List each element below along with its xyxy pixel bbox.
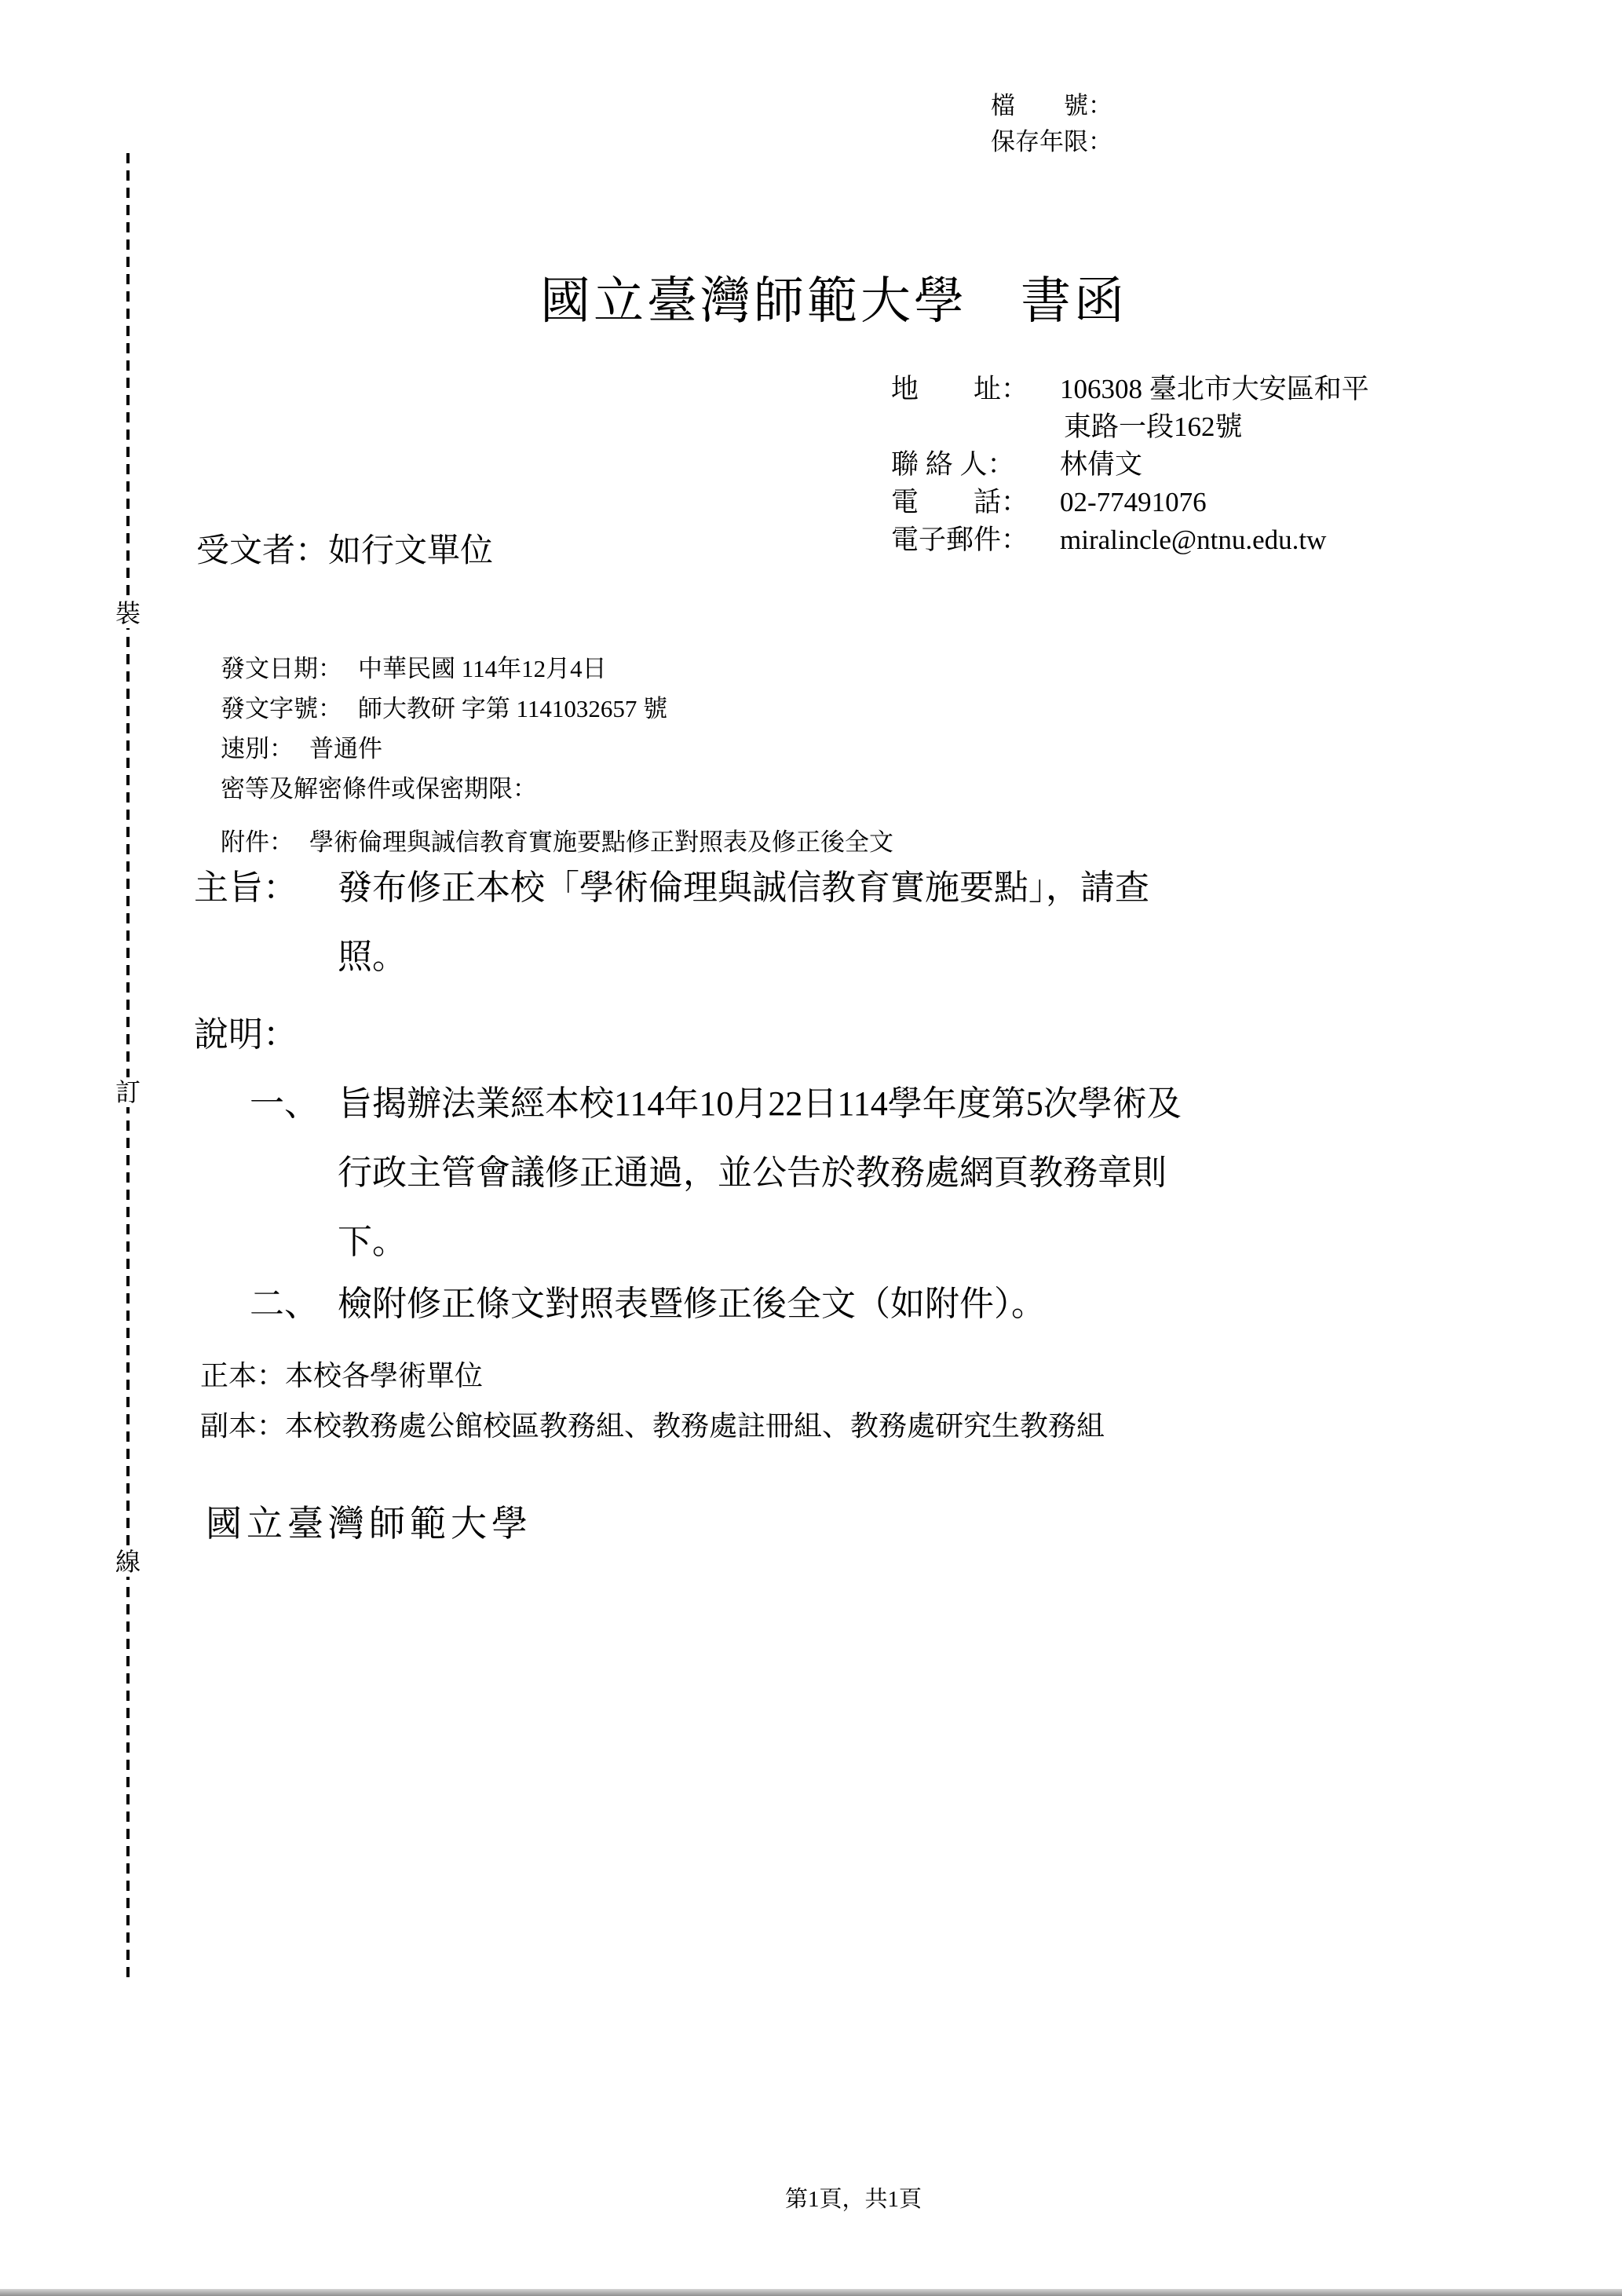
binding-dashed-line xyxy=(126,153,130,1979)
document-title: 國立臺灣師範大學 書函 xyxy=(540,261,1127,333)
recipient-line: 受文者：如行文單位 xyxy=(196,525,493,572)
binding-mark-xian: 線 xyxy=(115,1547,141,1577)
subject-line-1: 發布修正本校「學術倫理與誠信教育實施要點」，請查 xyxy=(338,859,1149,909)
binding-mark-ding: 訂 xyxy=(115,1077,141,1107)
original-copy-line: 正本：本校各學術單位 xyxy=(200,1354,483,1394)
cc-copy-line: 副本：本校教務處公館校區教務組、教務處註冊組、教務處研究生教務組 xyxy=(200,1404,1105,1444)
file-number-label: 檔 號： xyxy=(991,88,1112,124)
email-value: miralincle@ntnu.edu.tw xyxy=(1060,521,1326,559)
subject-label: 主旨： xyxy=(194,859,298,909)
explanation-item-1-line-2: 行政主管會議修正通過，並公告於教務處網頁教務章則 xyxy=(338,1144,1167,1194)
address-label: 地 址： xyxy=(891,371,1060,408)
email-label: 電子郵件： xyxy=(891,521,1060,559)
attachment-label: 附件： xyxy=(221,828,294,856)
attachment-value: 學術倫理與誠信教育實施要點修正對照表及修正後全文 xyxy=(309,828,893,856)
subject-line-2: 照。 xyxy=(338,928,407,978)
explanation-heading: 說明： xyxy=(194,1006,298,1056)
page-number-footer: 第1頁，共1頁 xyxy=(785,2181,922,2214)
binding-mark-zhuang: 裝 xyxy=(115,598,141,628)
email-row: 電子郵件：miralincle@ntnu.edu.tw xyxy=(864,484,1326,597)
official-letter-page: 裝 訂 線 檔 號： 保存年限： 國立臺灣師範大學 書函 地 址：106308 … xyxy=(0,0,1622,2296)
explanation-item-2-line-1: 檢附修正條文對照表暨修正後全文（如附件）。 xyxy=(338,1275,1046,1325)
issuing-authority-signature: 國立臺灣師範大學 xyxy=(206,1495,532,1547)
explanation-item-1-number: 一、 xyxy=(250,1075,319,1125)
retention-period-label: 保存年限： xyxy=(991,124,1112,160)
doc-number-value: 師大教研 字第 1141032657 號 xyxy=(358,695,667,722)
explanation-item-2-number: 二、 xyxy=(250,1275,319,1325)
explanation-item-1-line-1: 旨揭辦法業經本校114年10月22日114學年度第5次學術及 xyxy=(338,1075,1182,1125)
bottom-edge-bar xyxy=(0,2289,1622,2296)
explanation-item-1-line-3: 下。 xyxy=(338,1213,407,1263)
